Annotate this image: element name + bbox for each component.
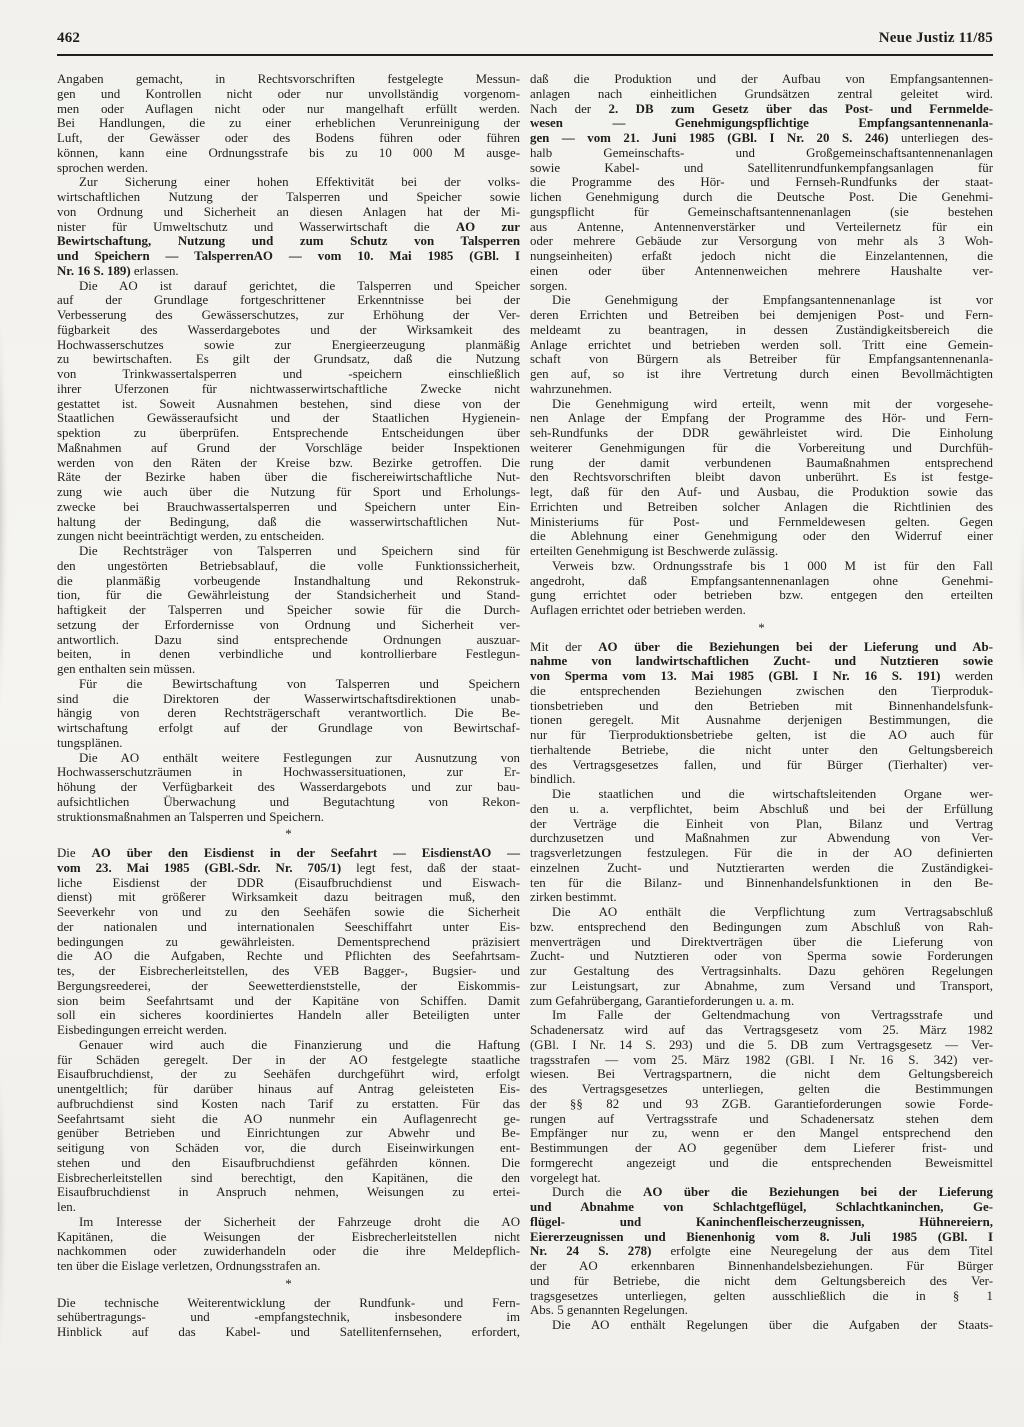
- column-left: Angaben gemacht, in Rechtsvorschriften f…: [57, 72, 520, 1340]
- text-line: menverträgen und Direktverträgen über di…: [530, 935, 993, 950]
- journal-page: 462 Neue Justiz 11/85 Angaben gemacht, i…: [0, 0, 1024, 1340]
- text-line: Die technische Weiterentwicklung der Run…: [57, 1296, 520, 1311]
- text-line: Eisaufbruchdienst, der zu Seehäfen durch…: [57, 1067, 520, 1082]
- paragraph: Verweis bzw. Ordnungsstrafe bis 1 000 M …: [530, 559, 993, 618]
- text-line: wahrzunehmen.: [530, 382, 993, 397]
- text-line: wirtschaftung erfolgt auf der Grundlage …: [57, 721, 520, 736]
- text-line: zwecke bei Brauchwassertalsperren und Sp…: [57, 500, 520, 515]
- text-line: Genauer wird auch die Finanzierung und d…: [57, 1038, 520, 1053]
- text-line: zungen nicht beeinträchtigt werden, zu e…: [57, 529, 520, 544]
- text-line: aufbruchdienst sind Kosten nach Tarif zu…: [57, 1097, 520, 1112]
- text-line: antwortlich. Dazu sind entsprechende Ord…: [57, 633, 520, 648]
- text-line: Die staatlichen und die wirtschaftsleite…: [530, 787, 993, 802]
- text-line: die Ablehnung einer Genehmigung oder den…: [530, 529, 993, 544]
- text-line: Die AO ist darauf gerichtet, die Talsper…: [57, 279, 520, 294]
- paragraph: Die Rechtsträger von Talsperren und Spei…: [57, 544, 520, 677]
- column-right: daß die Produktion und der Aufbau von Em…: [530, 72, 993, 1340]
- text-line: Abs. 5 genannten Regelungen.: [530, 1303, 993, 1318]
- text-line: Schadenersatz wird auf das Vertragsgeset…: [530, 1023, 993, 1038]
- text-line: der §§ 82 und 93 ZGB. Garantieforderunge…: [530, 1097, 993, 1112]
- text-line: rungen auf Vertragsstrafe und Schadeners…: [530, 1112, 993, 1127]
- text-line: wiesen. Bei Vertragspartnern, die nicht …: [530, 1067, 993, 1082]
- text-line: den ungestörten Betriebsablauf, die voll…: [57, 559, 520, 574]
- text-line: schaft von Bürgern als Betreiber für Emp…: [530, 352, 993, 367]
- text-line: Die AO enthält Regelungen über die Aufga…: [530, 1318, 993, 1333]
- text-line: von Ordnung und Sicherheit an diesen Anl…: [57, 205, 520, 220]
- text-line: beiten, in denen verbindliche und kontro…: [57, 647, 520, 662]
- paragraph: Die AO ist darauf gerichtet, die Talsper…: [57, 279, 520, 545]
- text-line: fügbarkeit des Wasserdargebotes und der …: [57, 323, 520, 338]
- text-line: setzung der Erfordernisse von Ordnung un…: [57, 618, 520, 633]
- text-line: werden von den Räten der Kreise bzw. Bez…: [57, 456, 520, 471]
- paragraph: Die AO enthält Regelungen über die Aufga…: [530, 1318, 993, 1333]
- text-line: anlagen nach einheitlichen Grundsätzen z…: [530, 87, 993, 102]
- text-line: Mit der AO über die Beziehungen bei der …: [530, 640, 993, 655]
- text-line: Auflagen errichtet oder betrieben werden…: [530, 603, 993, 618]
- text-line: halb Gemeinschafts- und Großgemeinschaft…: [530, 146, 993, 161]
- text-line: höhung der Verfügbarkeit des Wasserdarge…: [57, 780, 520, 795]
- text-line: oder mehrere Gebäude zur Versorgung von …: [530, 234, 993, 249]
- text-line: die AO die Aufgaben, Rechte und Pflichte…: [57, 949, 520, 964]
- text-line: gen und Kontrollen nicht oder nur unvoll…: [57, 87, 520, 102]
- text-line: Eisbrecherleitstellen sind berechtigt, d…: [57, 1171, 520, 1186]
- text-line: die Programme des Hör- und Fernseh-Rundf…: [530, 175, 993, 190]
- text-line: deren Errichten und Betreiben bei demjen…: [530, 308, 993, 323]
- text-line: zur Gestaltung des Vertragsinhalts. Dazu…: [530, 964, 993, 979]
- text-line: die planmäßig vorbeugende Instandhaltung…: [57, 574, 520, 589]
- page-header: 462 Neue Justiz 11/85: [57, 30, 993, 56]
- text-line: tierhaltende Betriebe, die nicht unter d…: [530, 743, 993, 758]
- text-line: zirken bestimmt.: [530, 890, 993, 905]
- text-line: sorgen.: [530, 279, 993, 294]
- text-line: des Vertragsgesetzes unterliegen, gelten…: [530, 1082, 993, 1097]
- text-line: Staatlichen Gewässeraufsicht und der Sta…: [57, 411, 520, 426]
- text-line: der Verträge die Einheit von Plan, Bilan…: [530, 817, 993, 832]
- text-line: zum Gefahrübergang, Garantieforderungen …: [530, 994, 993, 1009]
- text-line: zur Leistungsart, zur Abnahme, zum Versa…: [530, 979, 993, 994]
- text-line: für Schäden geregelt. Der in der AO fest…: [57, 1053, 520, 1068]
- text-line: daß die Produktion und der Aufbau von Em…: [530, 72, 993, 87]
- page-number: 462: [57, 30, 80, 47]
- text-line: angedroht, daß Empfangsantennenanlagen o…: [530, 574, 993, 589]
- text-line: nungseinheiten) erfaßt jedoch nicht die …: [530, 249, 993, 264]
- paragraph: Die Genehmigung der Empfangsantennenanla…: [530, 293, 993, 396]
- text-line: ten über die Eislage verletzen, Ordnungs…: [57, 1259, 520, 1274]
- text-line: den u. a. verpflichtet, beim Abschluß un…: [530, 802, 993, 817]
- text-line: struktionsmaßnahmen an Talsperren und Sp…: [57, 810, 520, 825]
- paragraph: Angaben gemacht, in Rechtsvorschriften f…: [57, 72, 520, 175]
- text-line: vom 23. Mai 1985 (GBl.-Sdr. Nr. 705/1) l…: [57, 861, 520, 876]
- text-line: sprochen werden.: [57, 161, 520, 176]
- text-line: des Vertragsgesetzes fallen, und für Bür…: [530, 758, 993, 773]
- text-line: genüber Betrieben und Einrichtungen zur …: [57, 1126, 520, 1141]
- text-line: dienst) mit größerer Wirksamkeit dazu be…: [57, 890, 520, 905]
- text-line: ihrer Uferzonen für nichtwasserwirtschaf…: [57, 382, 520, 397]
- text-line: Angaben gemacht, in Rechtsvorschriften f…: [57, 72, 520, 87]
- text-line: tragsverletzungen festzulegen. Für die i…: [530, 846, 993, 861]
- text-line: lichen Genehmigung durch die Deutsche Po…: [530, 190, 993, 205]
- text-line: die entsprechenden Beziehungen zwischen …: [530, 684, 993, 699]
- text-line: seitigung von Schäden vor, die durch Eis…: [57, 1141, 520, 1156]
- text-line: den Rechtsvorschriften bleibt davon unbe…: [530, 470, 993, 485]
- text-line: Die Genehmigung der Empfangsantennenanla…: [530, 293, 993, 308]
- text-line: Zur Sicherung einer hohen Effektivität b…: [57, 175, 520, 190]
- paragraph: Die AO enthält weitere Festlegungen zur …: [57, 751, 520, 825]
- text-line: Luft, der Gewässer oder des Bodens führe…: [57, 131, 520, 146]
- text-line: nur für Tierproduktionsbetriebe gelten, …: [530, 728, 993, 743]
- text-line: Durch die AO über die Beziehungen bei de…: [530, 1185, 993, 1200]
- text-line: rung der damit verbundenen Baumaßnahmen …: [530, 456, 993, 471]
- paragraph: Die Genehmigung wird erteilt, wenn mit d…: [530, 397, 993, 559]
- text-line: aus Antenne, Antennenverstärker und Vert…: [530, 220, 993, 235]
- section-separator: *: [57, 827, 520, 842]
- text-line: Errichten und Betreiben solcher Anlagen …: [530, 500, 993, 515]
- text-line: von Trinkwassertalsperren und -speichern…: [57, 367, 520, 382]
- text-line: tes, der Eisbrecherleitstellen, des VEB …: [57, 964, 520, 979]
- text-line: gung errichtet oder betrieben bzw. entge…: [530, 588, 993, 603]
- text-line: können, kann eine Ordnungsstrafe bis zu …: [57, 146, 520, 161]
- text-line: Räte der Bezirke haben über die fischere…: [57, 470, 520, 485]
- text-line: stehen und den Eisaufbruchdienst gefährd…: [57, 1156, 520, 1171]
- text-line: erteilten Genehmigung ist Beschwerde zul…: [530, 544, 993, 559]
- text-line: liche Eisdienst der DDR (Eisaufbruchdien…: [57, 876, 520, 891]
- text-line: meldeamt zu beantragen, in dessen Zustän…: [530, 323, 993, 338]
- text-line: Seefahrtsamt sieht die AO nunmehr ein Au…: [57, 1112, 520, 1127]
- text-line: tionen geregelt. Mit Ausnahme derjenigen…: [530, 713, 993, 728]
- text-line: Die Rechtsträger von Talsperren und Spei…: [57, 544, 520, 559]
- paragraph: Die AO enthält die Verpflichtung zum Ver…: [530, 905, 993, 1008]
- text-line: einzelnen Zucht- und Nutztierarten werde…: [530, 861, 993, 876]
- text-line: Maßnahmen auf Grund der Vorschläge beide…: [57, 441, 520, 456]
- text-line: und für Betriebe, die nicht dem Geltungs…: [530, 1274, 993, 1289]
- text-line: Zucht- und Nutztieren oder von Sperma so…: [530, 949, 993, 964]
- text-line: Bewirtschaftung, Nutzung und zum Schutz …: [57, 234, 520, 249]
- text-line: nachkommen oder zuwiderhandeln oder die …: [57, 1244, 520, 1259]
- text-line: sowie Kabel- und Satellitenrundfunkempfa…: [530, 161, 993, 176]
- text-line: Bei Handlungen, die zu einer erheblichen…: [57, 116, 520, 131]
- text-line: tungsplänen.: [57, 736, 520, 751]
- text-line: ten für die Bilanz- und Binnenhandelsfun…: [530, 876, 993, 891]
- article-columns: Angaben gemacht, in Rechtsvorschriften f…: [57, 72, 993, 1340]
- text-line: Ministeriums für Post- und Fernmeldewese…: [530, 515, 993, 530]
- text-line: Nr. 16 S. 189) erlassen.: [57, 264, 520, 279]
- paragraph: Für die Bewirtschaftung von Talsperren u…: [57, 677, 520, 751]
- paragraph: daß die Produktion und der Aufbau von Em…: [530, 72, 993, 293]
- text-line: Die Genehmigung wird erteilt, wenn mit d…: [530, 397, 993, 412]
- text-line: einen oder über Antennenweichen mehrere …: [530, 264, 993, 279]
- paragraph: Genauer wird auch die Finanzierung und d…: [57, 1038, 520, 1215]
- text-line: Für die Bewirtschaftung von Talsperren u…: [57, 677, 520, 692]
- text-line: tragsgesetzes unterliegen, gelten aussch…: [530, 1289, 993, 1304]
- text-line: (GBl. I Nr. 14 S. 293) und die 5. DB zum…: [530, 1038, 993, 1053]
- text-line: Hochwasserschutzräumen in Hochwassersitu…: [57, 765, 520, 780]
- text-line: aufsichtlichen Überwachung und Begutacht…: [57, 795, 520, 810]
- text-line: wirtschaftlichen Nutzung der Talsperren …: [57, 190, 520, 205]
- text-line: Nr. 24 S. 278) erfolgte eine Neuregelung…: [530, 1244, 993, 1259]
- text-line: Im Falle der Geltendmachung von Vertrags…: [530, 1008, 993, 1023]
- text-line: Anlage errichtet und betrieben werden so…: [530, 338, 993, 353]
- text-line: Nach der 2. DB zum Gesetz über das Post-…: [530, 102, 993, 117]
- text-line: wesen — Genehmigungspflichtige Empfangsa…: [530, 116, 993, 131]
- text-line: Eiererzeugnissen und Bienenhonig vom 8. …: [530, 1230, 993, 1245]
- text-line: tragsstrafen — vom 25. März 1982 (GBl. I…: [530, 1053, 993, 1068]
- text-line: Seeverkehr von und zu den Seehäfen sowie…: [57, 905, 520, 920]
- text-line: Bergungsreederei, der Seewetterdienstste…: [57, 979, 520, 994]
- text-line: Eisaufbruchdienst in Anspruch nehmen, We…: [57, 1185, 520, 1200]
- journal-title: Neue Justiz 11/85: [879, 30, 993, 47]
- paragraph: Mit der AO über die Beziehungen bei der …: [530, 640, 993, 788]
- text-line: Verweis bzw. Ordnungsstrafe bis 1 000 M …: [530, 559, 993, 574]
- text-line: Kapitänen, die Weisungen der Eisbrecherl…: [57, 1230, 520, 1245]
- text-line: der nationalen und internationalen Seesc…: [57, 920, 520, 935]
- text-line: unentgeltlich; für darüber hinaus auf An…: [57, 1082, 520, 1097]
- text-line: tionsbetrieben und den Betrieben mit Bin…: [530, 699, 993, 714]
- text-line: bzw. entsprechend den Bedingungen zum Ab…: [530, 920, 993, 935]
- text-line: Im Interesse der Sicherheit der Fahrzeug…: [57, 1215, 520, 1230]
- text-line: und Speichern — TalsperrenAO — vom 10. M…: [57, 249, 520, 264]
- text-line: haltung der Bedingung, daß die wasserwir…: [57, 515, 520, 530]
- text-line: Hochwasserschutzes sowie zur Energieerze…: [57, 338, 520, 353]
- text-line: sion beim Seefahrtsamt und der Kapitäne …: [57, 994, 520, 1009]
- text-line: seh-Rundfunks der DDR gewährleistet wird…: [530, 426, 993, 441]
- text-line: Die AO über den Eisdienst in der Seefahr…: [57, 846, 520, 861]
- paragraph: Die technische Weiterentwicklung der Run…: [57, 1296, 520, 1340]
- text-line: spektion zu überprüfen. Entsprechende En…: [57, 426, 520, 441]
- text-line: legt, daß für den Auf- und Ausbau, die P…: [530, 485, 993, 500]
- text-line: auf der Grundlage fortgeschrittener Erke…: [57, 293, 520, 308]
- text-line: hängig von deren Rechtsträgerschaft vera…: [57, 706, 520, 721]
- paragraph: Die staatlichen und die wirtschaftsleite…: [530, 787, 993, 905]
- text-line: Hinblick auf das Kabel- und Satellitenfe…: [57, 1325, 520, 1340]
- text-line: Verbesserung des Gewässerschutzes, zur E…: [57, 308, 520, 323]
- text-line: Eisbedingungen erreicht werden.: [57, 1023, 520, 1038]
- text-line: men oder Auflagen nicht oder nur mangelh…: [57, 102, 520, 117]
- text-line: gen — vom 21. Juni 1985 (GBl. I Nr. 20 S…: [530, 131, 993, 146]
- text-line: gungspflicht für Gemeinschaftsantennenan…: [530, 205, 993, 220]
- text-line: zu bewirtschaften. Es gilt der Grundsatz…: [57, 352, 520, 367]
- text-line: nen Anlage der Empfang der Programme des…: [530, 411, 993, 426]
- text-line: sind die Direktoren der Wasserwirtschaft…: [57, 692, 520, 707]
- text-line: und Abnahme von Schlachtgeflügel, Schlac…: [530, 1200, 993, 1215]
- paragraph: Zur Sicherung einer hohen Effektivität b…: [57, 175, 520, 278]
- paragraph: Durch die AO über die Beziehungen bei de…: [530, 1185, 993, 1318]
- text-line: haftigkeit der Talsperren und Speicher s…: [57, 603, 520, 618]
- text-line: soll ein sicheres koordiniertes Handeln …: [57, 1008, 520, 1023]
- section-separator: *: [57, 1277, 520, 1292]
- text-line: gen enthalten sein müssen.: [57, 662, 520, 677]
- text-line: len.: [57, 1200, 520, 1215]
- text-line: nahme von landwirtschaftlichen Zucht- un…: [530, 654, 993, 669]
- paragraph: Im Falle der Geltendmachung von Vertrags…: [530, 1008, 993, 1185]
- text-line: durchzusetzen und Maßnahmen zur Abwendun…: [530, 831, 993, 846]
- text-line: vorgelegt hat.: [530, 1171, 993, 1186]
- paragraph: Die AO über den Eisdienst in der Seefahr…: [57, 846, 520, 1038]
- text-line: Die AO enthält weitere Festlegungen zur …: [57, 751, 520, 766]
- text-line: der AO erkennbaren Binnenhandelsbeziehun…: [530, 1259, 993, 1274]
- text-line: tion, für die Gewährleistung der Standsi…: [57, 588, 520, 603]
- text-line: formgerecht angezeigt und die entspreche…: [530, 1156, 993, 1171]
- text-line: bedingungen zu gewährleisten. Dementspre…: [57, 935, 520, 950]
- text-line: Die AO enthält die Verpflichtung zum Ver…: [530, 905, 993, 920]
- text-line: gestattet ist. Soweit Ausnahmen bestehen…: [57, 397, 520, 412]
- text-line: Empfänger nur zu, wenn er den Mangel ent…: [530, 1126, 993, 1141]
- text-line: gen auf, so ist ihre Vertretung durch ei…: [530, 367, 993, 382]
- text-line: flügel- und Kaninchenfleischerzeugnissen…: [530, 1215, 993, 1230]
- text-line: weiterer Genehmigungen für die Vorbereit…: [530, 441, 993, 456]
- text-line: sehübertragungs- und -empfangstechnik, i…: [57, 1310, 520, 1325]
- paragraph: Im Interesse der Sicherheit der Fahrzeug…: [57, 1215, 520, 1274]
- text-line: nister für Umweltschutz und Wasserwirtsc…: [57, 220, 520, 235]
- section-separator: *: [530, 621, 993, 636]
- text-line: Bestimmungen der AO gegenüber dem Liefer…: [530, 1141, 993, 1156]
- text-line: von Sperma vom 13. Mai 1985 (GBl. I Nr. …: [530, 669, 993, 684]
- text-line: bindlich.: [530, 772, 993, 787]
- text-line: zung wie auch über die Nutzung für Sport…: [57, 485, 520, 500]
